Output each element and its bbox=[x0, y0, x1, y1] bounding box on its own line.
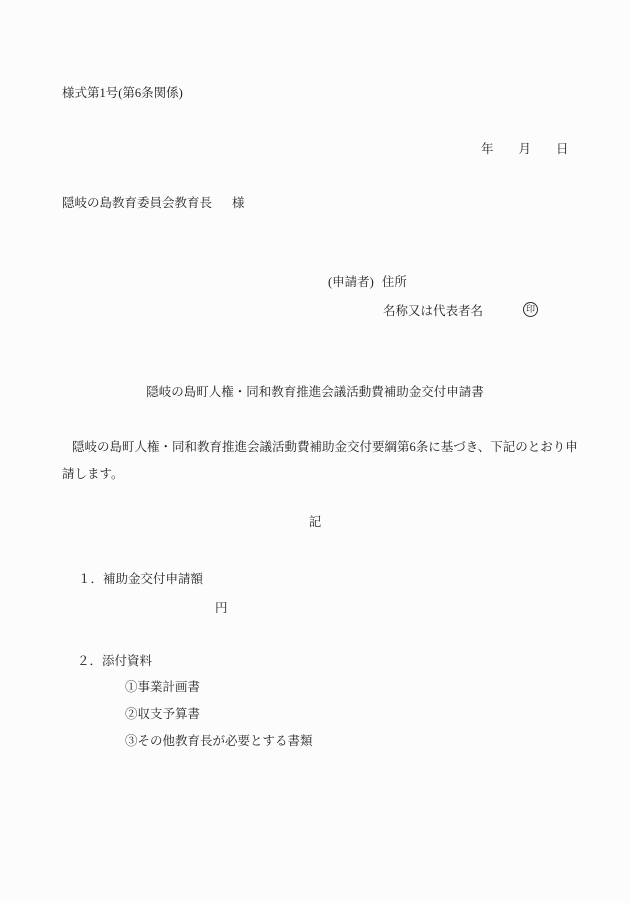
document-title: 隠岐の島町人権・同和教育推進会議活動費補助金交付申請書 bbox=[0, 384, 630, 401]
amount-unit-label: 円 bbox=[215, 600, 228, 617]
date-month-label: 月 bbox=[519, 141, 532, 158]
item-attachments-label: ２．添付資料 bbox=[77, 653, 152, 670]
applicant-prefix-label: (申請者) bbox=[328, 274, 374, 291]
date-year-label: 年 bbox=[481, 141, 494, 158]
recipient-line: 隠岐の島教育委員会教育長 様 bbox=[62, 195, 245, 212]
applicant-name-label: 名称又は代表者名 bbox=[383, 303, 483, 320]
document-page: 様式第1号(第6条関係) 年 月 日 隠岐の島教育委員会教育長 様 (申請者) … bbox=[0, 0, 630, 903]
applicant-line: (申請者) 住所 bbox=[328, 274, 407, 291]
seal-character: 印 bbox=[526, 305, 535, 314]
body-text-line-2: 請します。 bbox=[62, 466, 124, 483]
recipient-honorific: 様 bbox=[232, 195, 245, 212]
attachment-item: ①事業計画書 bbox=[125, 679, 200, 696]
attachment-item: ③その他教育長が必要とする書類 bbox=[125, 733, 313, 750]
form-number: 様式第1号(第6条関係) bbox=[62, 85, 183, 102]
applicant-address-label: 住所 bbox=[382, 274, 407, 291]
seal-mark-icon: 印 bbox=[523, 302, 538, 317]
recipient-name: 隠岐の島教育委員会教育長 bbox=[62, 195, 212, 212]
item-amount-label: １．補助金交付申請額 bbox=[78, 571, 203, 588]
body-text-line-1: 隠岐の島町人権・同和教育推進会議活動費補助金交付要綱第6条に基づき、下記のとおり… bbox=[72, 439, 578, 456]
date-day-label: 日 bbox=[556, 141, 569, 158]
date-line: 年 月 日 bbox=[481, 141, 569, 158]
section-marker: 記 bbox=[0, 514, 630, 531]
attachment-item: ②収支予算書 bbox=[125, 706, 200, 723]
